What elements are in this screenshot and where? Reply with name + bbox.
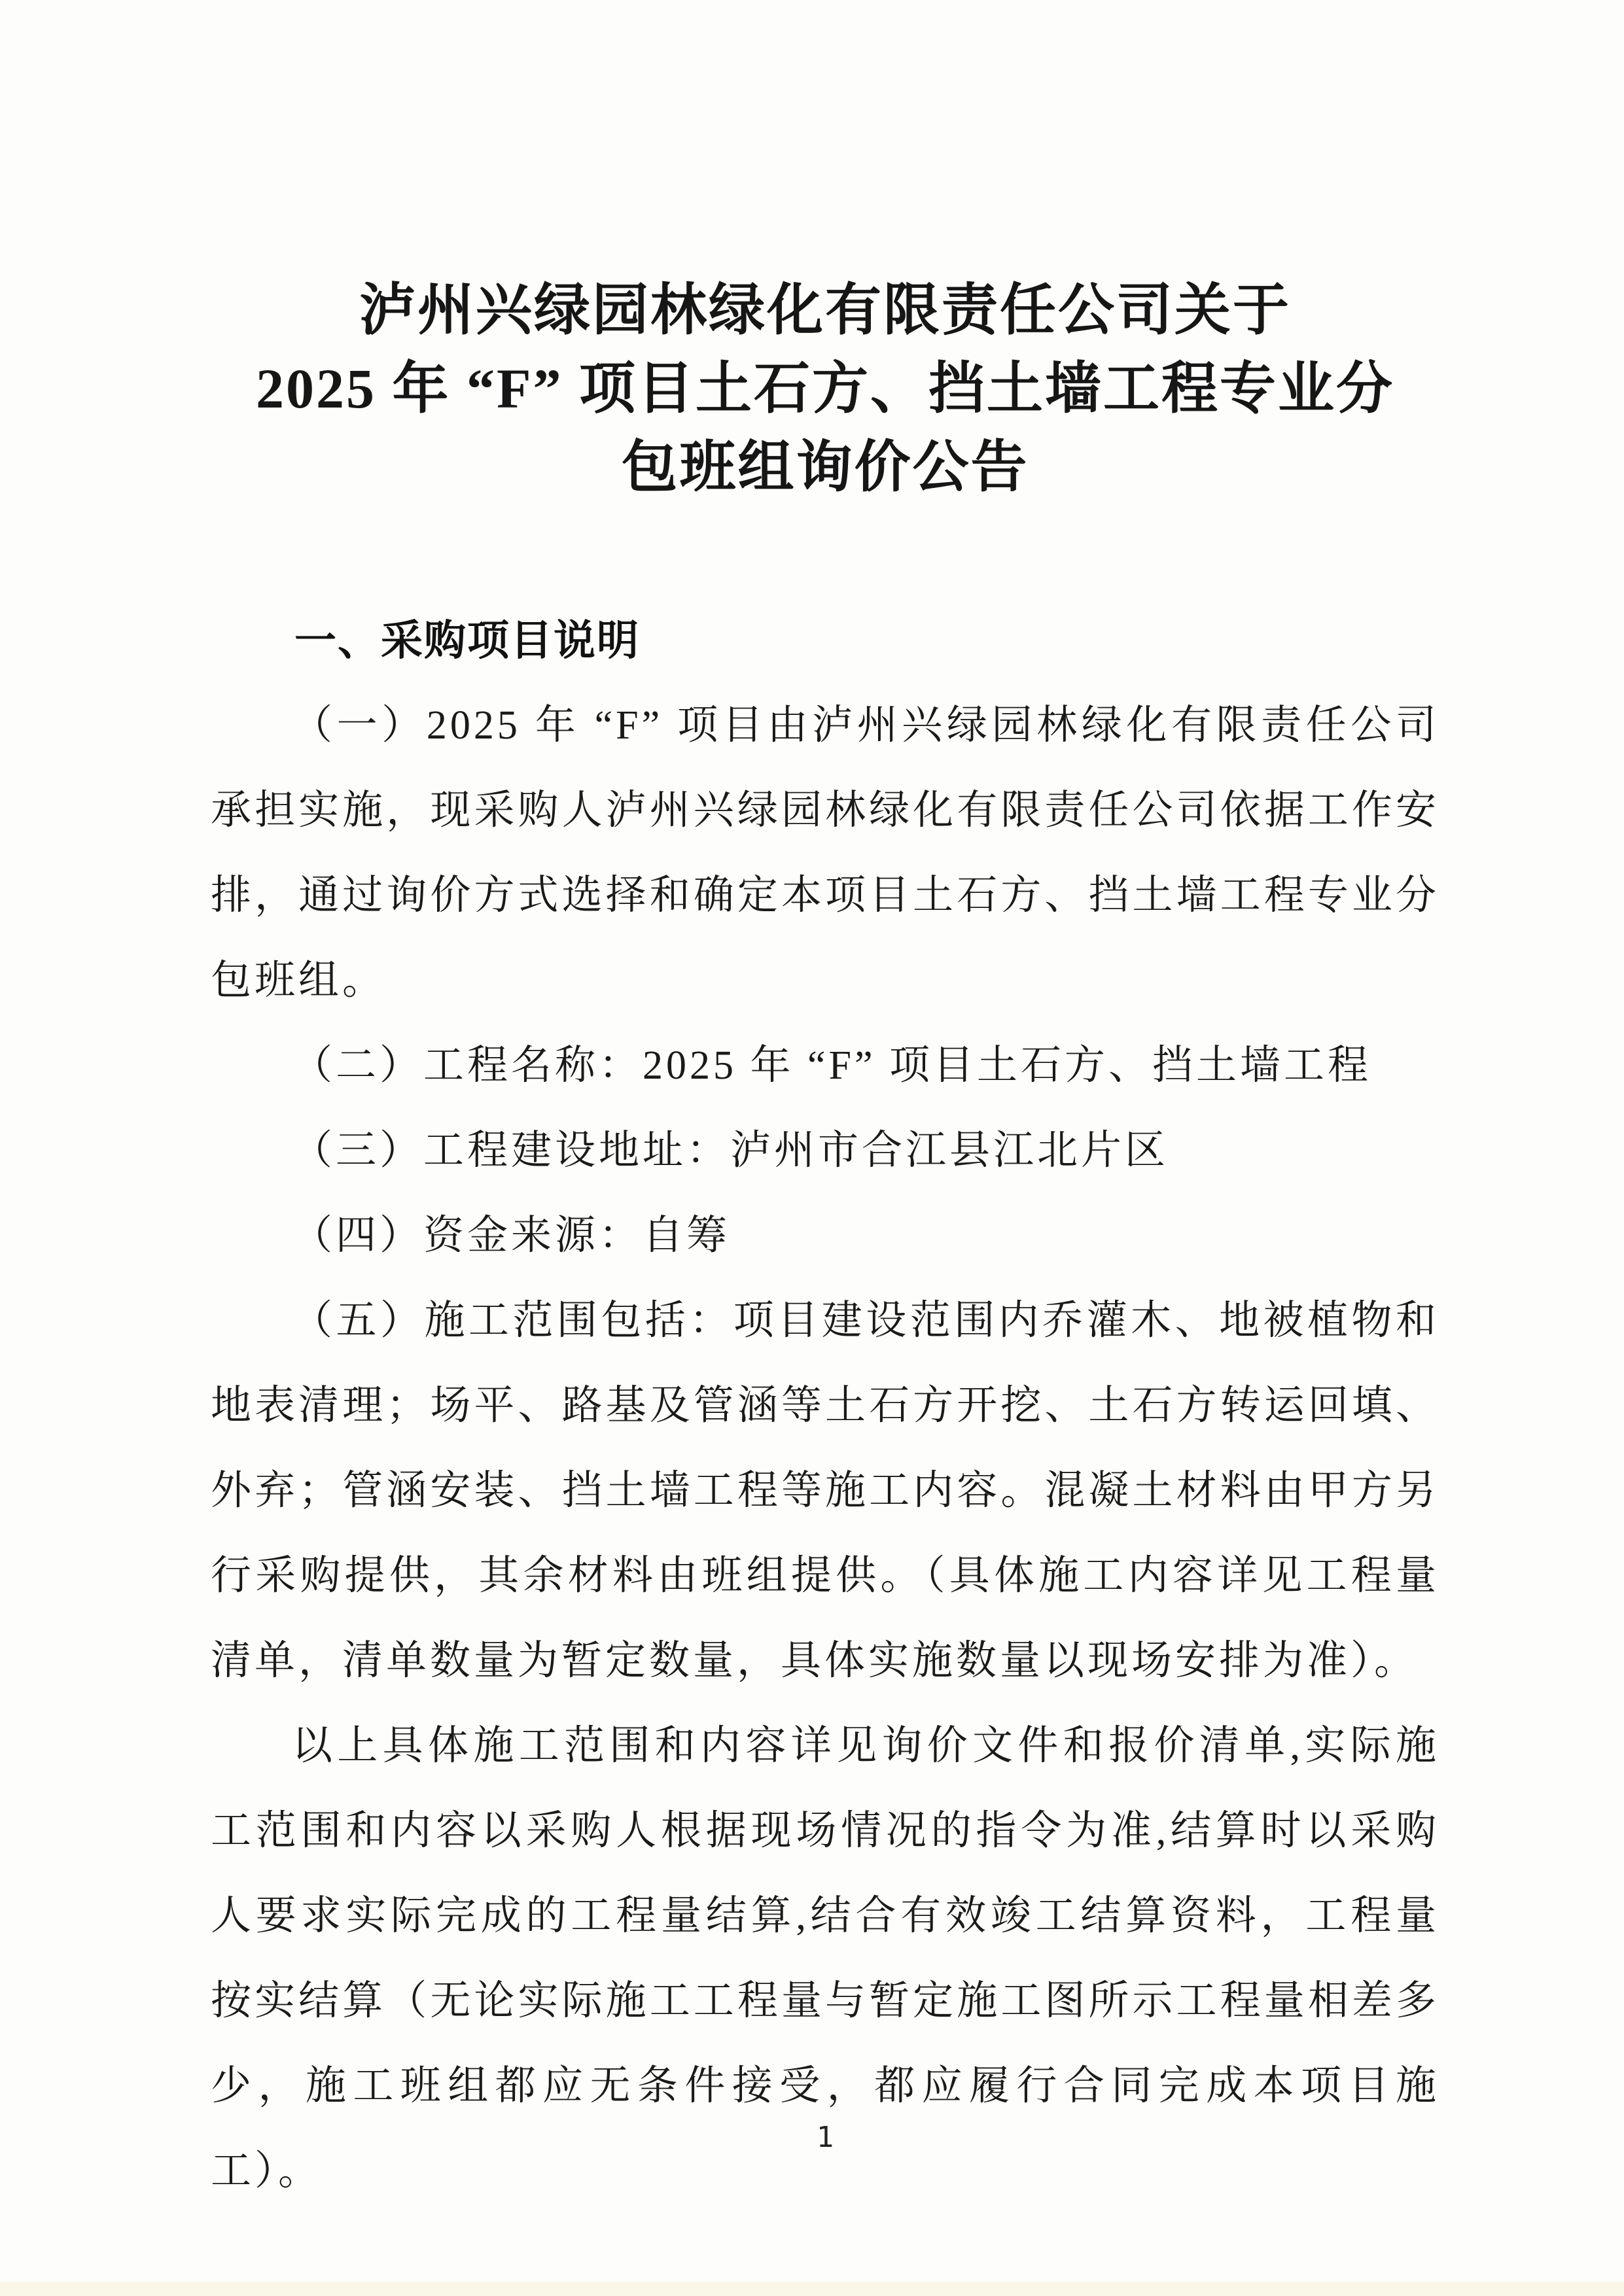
document-page: 泸州兴绿园林绿化有限责任公司关于 2025 年 “F” 项目土石方、挡土墙工程专… (0, 0, 1624, 2296)
scan-edge-artifact (0, 2282, 1624, 2296)
section-heading: 一、采购项目说明 (211, 598, 1439, 683)
paragraph-project-overview: （一）2025 年 “F” 项目由泸州兴绿园林绿化有限责任公司承担实施，现采购人… (211, 683, 1439, 1023)
paragraph-project-name: （二）工程名称：2025 年 “F” 项目土石方、挡土墙工程 (211, 1023, 1439, 1108)
page-number: 1 (211, 2121, 1439, 2155)
document-content: 泸州兴绿园林绿化有限责任公司关于 2025 年 “F” 项目土石方、挡土墙工程专… (211, 271, 1439, 2214)
title-line-1: 泸州兴绿园林绿化有限责任公司关于 (211, 271, 1439, 349)
paragraph-funding-source: （四）资金来源：自筹 (211, 1193, 1439, 1278)
paragraph-construction-scope: （五）施工范围包括：项目建设范围内乔灌木、地被植物和地表清理；场平、路基及管涵等… (211, 1278, 1439, 1703)
document-title: 泸州兴绿园林绿化有限责任公司关于 2025 年 “F” 项目土石方、挡土墙工程专… (211, 271, 1439, 506)
paragraph-project-address: （三）工程建设地址：泸州市合江县江北片区 (211, 1108, 1439, 1193)
title-line-3: 包班组询价公告 (211, 428, 1439, 506)
title-line-2: 2025 年 “F” 项目土石方、挡土墙工程专业分 (211, 349, 1439, 428)
